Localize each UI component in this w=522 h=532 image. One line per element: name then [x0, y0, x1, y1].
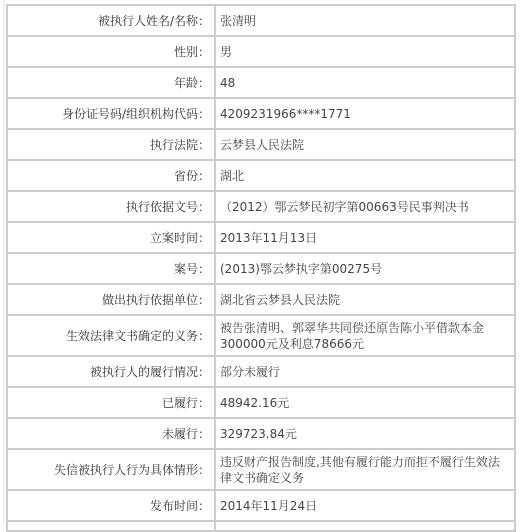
value-court: 云梦县人民法院 [215, 129, 515, 160]
row-id-number: 身份证号码/组织机构代码： 4209231966****1771 [7, 98, 515, 129]
page-left-edge [3, 0, 5, 524]
label-province: 省份： [7, 160, 215, 191]
row-issuing-unit: 做出执行依据单位： 湖北省云梦县人民法院 [7, 284, 515, 315]
label-obligation: 生效法律文书确定的义务： [7, 315, 215, 356]
row-performed-amount: 已履行： 48942.16元 [7, 387, 515, 418]
label-gender: 性别： [7, 36, 215, 67]
value-performed-amount: 48942.16元 [215, 387, 515, 418]
value-gender: 男 [215, 36, 515, 67]
label-unperformed-amount: 未履行： [7, 418, 215, 449]
value-issuing-unit: 湖北省云梦县人民法院 [215, 284, 515, 315]
row-case-number: 案号： (2013)鄂云梦执字第00275号 [7, 253, 515, 284]
row-publish-date: 发布时间： 2014年11月24日 [7, 490, 515, 521]
row-gender: 性别： 男 [7, 36, 515, 67]
row-court: 执行法院： 云梦县人民法院 [7, 129, 515, 160]
label-issuing-unit: 做出执行依据单位： [7, 284, 215, 315]
row-filing-date: 立案时间： 2013年11月13日 [7, 222, 515, 253]
value-age: 48 [215, 67, 515, 98]
value-basis-document-number: （2012）鄂云梦民初字第00663号民事判决书 [215, 191, 515, 222]
value-name: 张清明 [215, 5, 515, 36]
label-name: 被执行人姓名/名称： [7, 5, 215, 36]
label-performed-amount: 已履行： [7, 387, 215, 418]
row-performance-status: 被执行人的履行情况： 部分未履行 [7, 356, 515, 387]
label-age: 年龄： [7, 67, 215, 98]
label-filing-date: 立案时间： [7, 222, 215, 253]
value-id-number: 4209231966****1771 [215, 98, 515, 129]
label-basis-document-number: 执行依据文号： [7, 191, 215, 222]
row-basis-document-number: 执行依据文号： （2012）鄂云梦民初字第00663号民事判决书 [7, 191, 515, 222]
label-performance-status: 被执行人的履行情况： [7, 356, 215, 387]
row-name: 被执行人姓名/名称： 张清明 [7, 5, 515, 36]
row-obligation: 生效法律文书确定的义务： 被告张清明、郭翠华共同偿还原告陈小平借款本金30000… [7, 315, 515, 356]
value-filing-date: 2013年11月13日 [215, 222, 515, 253]
label-dishonest-behavior: 失信被执行人行为具体情形： [7, 449, 215, 490]
dishonest-debtor-info-table: 被执行人姓名/名称： 张清明 性别： 男 年龄： 48 身份证号码/组织机构代码… [6, 4, 516, 524]
row-province: 省份： 湖北 [7, 160, 515, 191]
value-performance-status: 部分未履行 [215, 356, 515, 387]
value-publish-date: 2014年11月24日 [215, 490, 515, 521]
label-case-number: 案号： [7, 253, 215, 284]
value-unperformed-amount: 329723.84元 [215, 418, 515, 449]
value-dishonest-behavior: 违反财产报告制度,其他有履行能力而拒不履行生效法律文书确定义务 [215, 449, 515, 490]
label-publish-date: 发布时间： [7, 490, 215, 521]
label-id-number: 身份证号码/组织机构代码： [7, 98, 215, 129]
row-age: 年龄： 48 [7, 67, 515, 98]
row-dishonest-behavior: 失信被执行人行为具体情形： 违反财产报告制度,其他有履行能力而拒不履行生效法律文… [7, 449, 515, 490]
value-province: 湖北 [215, 160, 515, 191]
row-unperformed-amount: 未履行： 329723.84元 [7, 418, 515, 449]
label-court: 执行法院： [7, 129, 215, 160]
value-obligation: 被告张清明、郭翠华共同偿还原告陈小平借款本金300000元及利息78666元 [215, 315, 515, 356]
value-case-number: (2013)鄂云梦执字第00275号 [215, 253, 515, 284]
